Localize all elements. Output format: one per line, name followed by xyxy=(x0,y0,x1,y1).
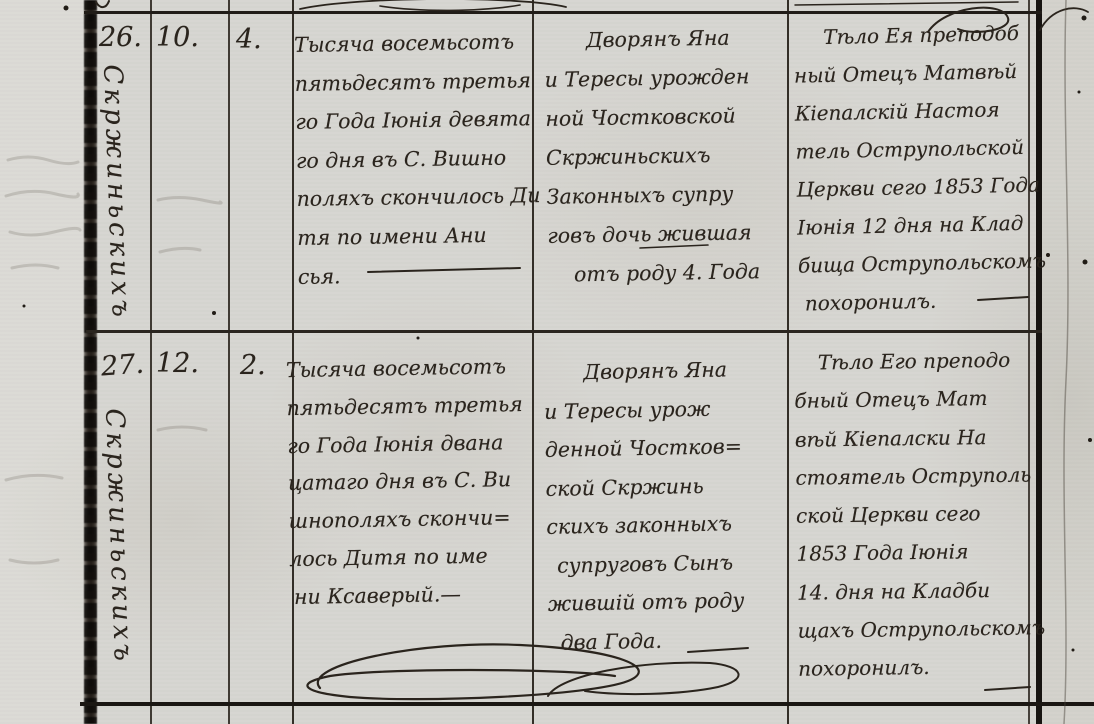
table-rule-vertical xyxy=(150,0,152,724)
margin-surname: Скржиньскихъ xyxy=(99,408,138,665)
register-line: го дня въ С. Вишно xyxy=(296,138,540,180)
register-line: жившій отъ роду xyxy=(547,581,745,623)
register-line: тель Острупольской xyxy=(795,127,1044,170)
register-line: супруговъ Сынъ xyxy=(557,543,745,585)
death-day-number: 12. xyxy=(156,348,199,379)
register-line: Тысяча восемьсотъ xyxy=(294,22,538,64)
register-line: ской Скржинь xyxy=(545,466,743,508)
register-line: бный Отецъ Мат xyxy=(794,379,1042,421)
register-line: шнополяхъ скончи= xyxy=(288,499,525,541)
register-line: денной Чостков= xyxy=(545,427,743,469)
register-line: 14. дня на Кладби xyxy=(797,570,1045,612)
register-line: ской Церкви сего xyxy=(796,493,1044,535)
register-line: ни Ксаверый.— xyxy=(294,575,527,617)
death-date-cell: Тысяча восемьсотъ пятьдесятъ третья го Г… xyxy=(286,348,527,617)
register-line: Дворянъ Яна xyxy=(583,350,741,392)
burial-cell: Тѣло Ея преподоб ный Отецъ Матвѣй Кіепал… xyxy=(793,13,1047,322)
record-number: 26. xyxy=(99,22,142,53)
register-line: Церкви сего 1853 Года xyxy=(796,165,1045,208)
parents-cell: Дворянъ Яна и Тересы урожден ной Чостков… xyxy=(544,18,761,295)
register-line: ной Чостковской xyxy=(545,96,758,139)
register-line: отъ роду 4. Года xyxy=(574,252,761,294)
margin-surname: Скржиньскихъ xyxy=(97,64,136,321)
register-line: цатаго дня въ С. Ви xyxy=(288,461,525,503)
register-line: похоронилъ. xyxy=(804,279,1047,322)
register-line: Дворянъ Яна xyxy=(586,18,757,60)
register-line: вѣй Кіепалски На xyxy=(795,417,1043,459)
register-page: 26. 10. 4. Скржиньскихъ Тысяча восемьсот… xyxy=(0,0,1094,724)
register-line: го Года Іюнія девята xyxy=(295,99,539,141)
register-line: бища Острупольскомъ xyxy=(798,241,1047,284)
register-line: 1853 Года Іюнія xyxy=(796,532,1044,574)
table-rule-horizontal-thick xyxy=(80,702,1094,706)
register-line: поляхъ скончилось Ди xyxy=(296,176,540,218)
register-line: ный Отецъ Матвѣй xyxy=(794,51,1043,94)
register-line: говъ дочь жившая xyxy=(547,213,760,256)
register-line: пятьдесятъ третья xyxy=(286,386,523,428)
register-line: стоятель Оструполь xyxy=(795,455,1043,497)
register-line: Іюнія 12 дня на Клад xyxy=(797,203,1046,246)
register-line: и Тересы урож xyxy=(544,389,742,431)
register-line: Тысяча восемьсотъ xyxy=(286,348,523,390)
register-line: тя по имени Ани xyxy=(297,215,541,257)
death-date-cell: Тысяча восемьсотъ пятьдесятъ третья го Г… xyxy=(294,22,542,296)
register-line: лось Дитя по име xyxy=(289,537,526,579)
table-rule-vertical xyxy=(228,0,230,724)
record-number: 27. xyxy=(100,349,145,383)
register-line: Законныхъ супру xyxy=(546,174,759,217)
register-line: Скржиньскихъ xyxy=(546,135,759,178)
register-line: два Года. xyxy=(560,620,746,662)
table-rule-vertical xyxy=(787,0,789,724)
register-line: Тѣло Ея преподоб xyxy=(823,13,1042,56)
register-line: Кіепалскій Настоя xyxy=(794,89,1043,132)
register-line: похоронилъ. xyxy=(798,647,1046,689)
register-line: сья. xyxy=(298,254,542,296)
table-rule-horizontal xyxy=(84,11,1042,14)
age-number: 4. xyxy=(236,24,262,55)
burial-cell: Тѣло Его преподо бный Отецъ Мат вѣй Кіеп… xyxy=(794,340,1046,688)
register-line: скихъ законныхъ xyxy=(546,504,744,546)
register-line: го Года Іюнія двана xyxy=(287,424,524,466)
left-binding-edge xyxy=(84,0,97,724)
register-line: и Тересы урожден xyxy=(544,57,757,100)
parents-cell: Дворянъ Яна и Тересы урож денной Чостков… xyxy=(543,350,746,662)
register-line: пятьдесятъ третья xyxy=(294,61,538,103)
age-number: 2. xyxy=(240,350,266,381)
death-day-number: 10. xyxy=(156,22,199,53)
register-line: Тѣло Его преподо xyxy=(818,340,1042,381)
table-rule-horizontal xyxy=(86,330,1042,333)
register-line: щахъ Острупольскомъ xyxy=(797,608,1045,650)
